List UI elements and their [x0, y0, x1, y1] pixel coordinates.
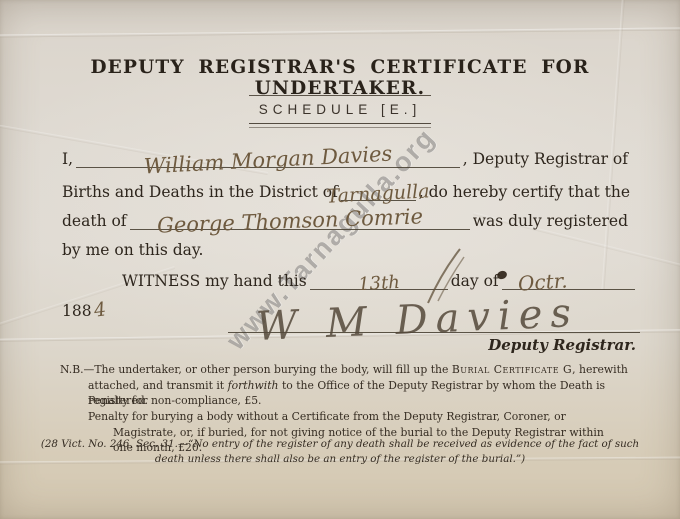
signature-line: W M Davies: [228, 293, 640, 333]
district-field: Tarnagulla: [341, 196, 416, 201]
month-field: Octr.: [502, 285, 635, 290]
schedule-rule-top: [249, 95, 431, 96]
witness-prefix: WITNESS my hand this: [122, 272, 307, 290]
nb-prefix: N.B.—The undertaker, or other person bur…: [60, 363, 452, 376]
form-line-district: Births and Deaths in the District of Tar…: [62, 183, 630, 201]
deceased-name-handwriting: George Thomson Comrie: [156, 204, 423, 237]
nb-burial-certificate: Burial Certificate G: [452, 363, 572, 376]
form-line-registrar: I, William Morgan Davies , Deputy Regist…: [62, 150, 628, 168]
registrar-name-handwriting: William Morgan Davies: [143, 142, 393, 179]
line1-suffix: , Deputy Registrar of: [463, 150, 628, 168]
crease-line: [602, 0, 626, 290]
district-handwriting: Tarnagulla: [326, 180, 430, 207]
form-line-year: 1884: [62, 299, 106, 321]
signature-caption: Deputy Registrar.: [488, 336, 636, 354]
registrar-name-field: William Morgan Davies: [76, 163, 460, 168]
schedule-heading: SCHEDULE [E.]: [249, 95, 431, 128]
line1-prefix: I,: [62, 150, 73, 168]
certificate-title: DEPUTY REGISTRAR'S CERTIFICATE FOR UNDER…: [0, 57, 680, 99]
penalty-noncompliance: Penalty for non-compliance, £5.: [88, 393, 262, 409]
schedule-rule-bottom: [249, 123, 431, 128]
form-line-witness: WITNESS my hand this 13th day of Octr.: [122, 272, 638, 290]
statute-citation: (28 Vict. No. 246, Sec. 31.—“No entry of…: [35, 437, 645, 467]
certificate-paper: www.Tarnagulla.org DEPUTY REGISTRAR'S CE…: [0, 0, 680, 519]
year-digit-handwriting: 4: [92, 298, 107, 321]
day-handwriting: 13th: [357, 272, 400, 295]
crease-line: [0, 27, 680, 37]
nb-forthwith: forthwith: [228, 379, 279, 392]
line2-suffix: , do hereby certify that the: [419, 183, 630, 201]
line2-prefix: Births and Deaths in the District of: [62, 183, 338, 201]
schedule-label: SCHEDULE [E.]: [249, 102, 431, 117]
deceased-name-field: George Thomson Comrie: [130, 225, 470, 230]
year-printed: 188: [62, 302, 92, 320]
line4-text: by me on this day.: [62, 241, 203, 259]
form-line-deceased: death of George Thomson Comrie was duly …: [62, 212, 628, 230]
line3-prefix: death of: [62, 212, 127, 230]
line3-suffix: was duly registered: [473, 212, 628, 230]
form-line-byme: by me on this day.: [62, 241, 203, 259]
